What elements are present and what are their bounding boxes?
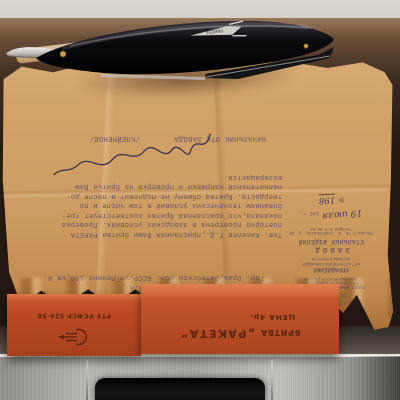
letterhead-line: СТАЛЬНЫХ ИЗДЕЛИЙ bbox=[280, 238, 382, 245]
photo-scene: РСФСР СОВЕТ НАРОДНОГО ХОЗЯЙСТВА Московск… bbox=[0, 0, 400, 400]
box-left-segment: РТУ РСФСР 524-58 bbox=[7, 294, 141, 356]
body-line: возвращается. bbox=[2, 172, 282, 182]
letterhead-line: Москва Е-78, Б. Семеновская, д. 28 bbox=[280, 230, 382, 234]
straight-razor: РАКЕТА bbox=[0, 0, 400, 130]
letterhead-line: металлообрабатывающей bbox=[280, 261, 382, 266]
body-line: бованиям технических условий в том числе… bbox=[2, 200, 282, 210]
steel-seam bbox=[271, 360, 273, 400]
document-number: № 198 bbox=[280, 194, 382, 205]
box-standard-label: РТУ РСФСР 524-58 bbox=[7, 312, 141, 319]
number-label: № bbox=[339, 195, 343, 203]
letterhead-line: УПРАВЛЕНИЕ bbox=[280, 266, 382, 273]
box-right-segment: БРИТВА „РАКЕТА“ ЦЕНА 4р. bbox=[141, 284, 339, 354]
steel-shading bbox=[350, 356, 400, 400]
body-line: показала,что присланная бритва соответст… bbox=[2, 210, 282, 220]
steel-recess bbox=[95, 378, 265, 400]
box-brand-word: БРИТВА bbox=[260, 328, 300, 337]
steel-seam bbox=[86, 360, 88, 400]
razor-end-pin bbox=[304, 44, 308, 48]
letterhead-line: промышленности bbox=[280, 256, 382, 261]
handwritten-date: 19 июля bbox=[322, 207, 362, 220]
body-line: Тов. Киселев Т.Д.,присланная Вами бритва… bbox=[2, 229, 282, 239]
letterhead-line: ЗАВОД bbox=[280, 245, 382, 253]
body-line: полнительной направки и проверки на брит… bbox=[2, 181, 282, 191]
box-price-label: ЦЕНА 4р. bbox=[249, 313, 295, 321]
body-line: твердости. Бритва обмену не подлежит и п… bbox=[2, 191, 282, 201]
raketa-box: РТУ РСФСР 524-58 БРИТВА „РАКЕТА“ ЦЕНА 4р… bbox=[7, 284, 339, 356]
rocket-logo-icon bbox=[57, 327, 91, 347]
printed-year: 196 г. bbox=[300, 210, 320, 217]
box-brand-name: „РАКЕТА“ bbox=[180, 327, 256, 340]
razor-pivot-pin bbox=[60, 51, 66, 57]
handwritten-number: 198 bbox=[318, 194, 335, 206]
date-line: 19 июля 196 г. bbox=[280, 209, 382, 219]
letter-body: Тов. Киселев Т.Д.,присланная Вами бритва… bbox=[2, 172, 282, 239]
box-brand-label: БРИТВА „РАКЕТА“ bbox=[141, 326, 339, 345]
body-line: повторно проверена в заводских условиях.… bbox=[2, 219, 282, 229]
steel-surface bbox=[0, 356, 400, 400]
